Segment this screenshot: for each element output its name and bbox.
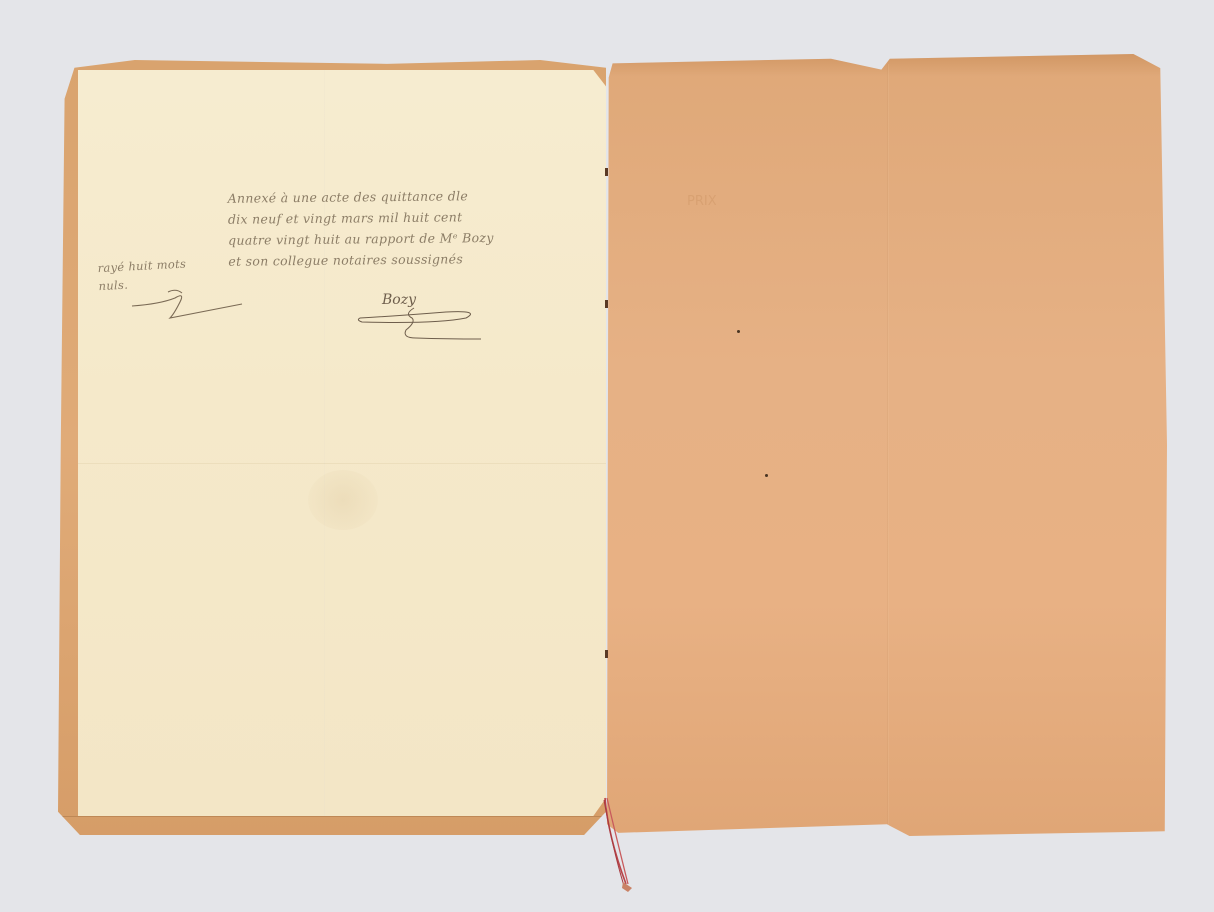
vertical-fold-line bbox=[324, 70, 325, 816]
ink-speck bbox=[737, 330, 740, 333]
cream-document-sheet bbox=[78, 70, 606, 816]
signature-flourish-icon bbox=[356, 306, 486, 346]
fold-line bbox=[58, 816, 606, 817]
right-folder-cover: PRIX bbox=[607, 54, 1167, 836]
margin-paraphe-signature-icon bbox=[130, 284, 245, 324]
paper-stain bbox=[308, 470, 378, 530]
binding-stitch bbox=[605, 300, 608, 308]
red-binding-thread-icon bbox=[596, 796, 641, 896]
binding-stitch bbox=[605, 168, 608, 176]
faint-stamp: PRIX bbox=[687, 194, 717, 209]
annotation-line: et son collegue notaires soussignés bbox=[228, 247, 568, 272]
binding-stitch bbox=[605, 650, 608, 658]
horizontal-fold-line bbox=[78, 463, 606, 464]
document-photo: Annexé à une acte des quittance dle dix … bbox=[0, 0, 1214, 912]
ink-speck bbox=[765, 474, 768, 477]
vertical-fold-line bbox=[887, 64, 889, 826]
handwritten-annotation: Annexé à une acte des quittance dle dix … bbox=[228, 184, 569, 272]
